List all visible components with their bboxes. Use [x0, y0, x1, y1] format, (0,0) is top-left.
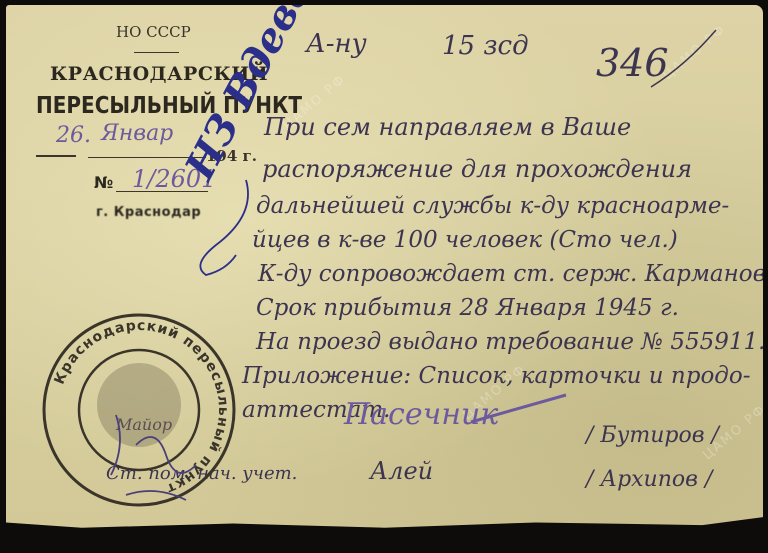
signature-right-2: / Архипов /	[586, 467, 712, 492]
body-line-4: йцев в к-ве 100 человек (Сто чел.)	[252, 227, 678, 253]
body-line-7: На проезд выдано требование № 555911.	[256, 329, 765, 355]
header-note-middle: 15 зсд	[442, 31, 529, 61]
letterhead-rule	[134, 52, 179, 53]
body-line-1: При сем направляем в Ваше	[264, 113, 631, 141]
number-label: №	[94, 173, 114, 192]
signature-stroke	[466, 390, 576, 430]
document-paper: ЦАМО РФ ЦАМО РФ ЦАМО РФ ЦАМО РФ НО СССР …	[6, 5, 763, 533]
header-note-left: А-ну	[306, 29, 367, 59]
seal-signature-stroke	[96, 405, 236, 515]
signature-right-1: / Бутиров /	[586, 423, 719, 448]
date-month: Январ	[101, 121, 173, 146]
body-line-3: дальнейшей службы к-ду красноарме-	[256, 193, 729, 219]
letterhead-top-text: НО СССР	[116, 23, 191, 41]
pen-stroke	[646, 25, 726, 95]
body-line-5: К-ду сопровождает ст. серж. Карманов	[258, 261, 766, 287]
date-day: 26.	[56, 123, 91, 148]
body-line-6: Срок прибытия 28 Января 1945 г.	[256, 295, 679, 321]
date-rule	[36, 155, 76, 157]
body-line-8: Приложение: Список, карточки и продо-	[242, 363, 750, 389]
signature-left-2: Алей	[370, 457, 433, 485]
body-line-2: распоряжение для прохождения	[262, 155, 692, 183]
